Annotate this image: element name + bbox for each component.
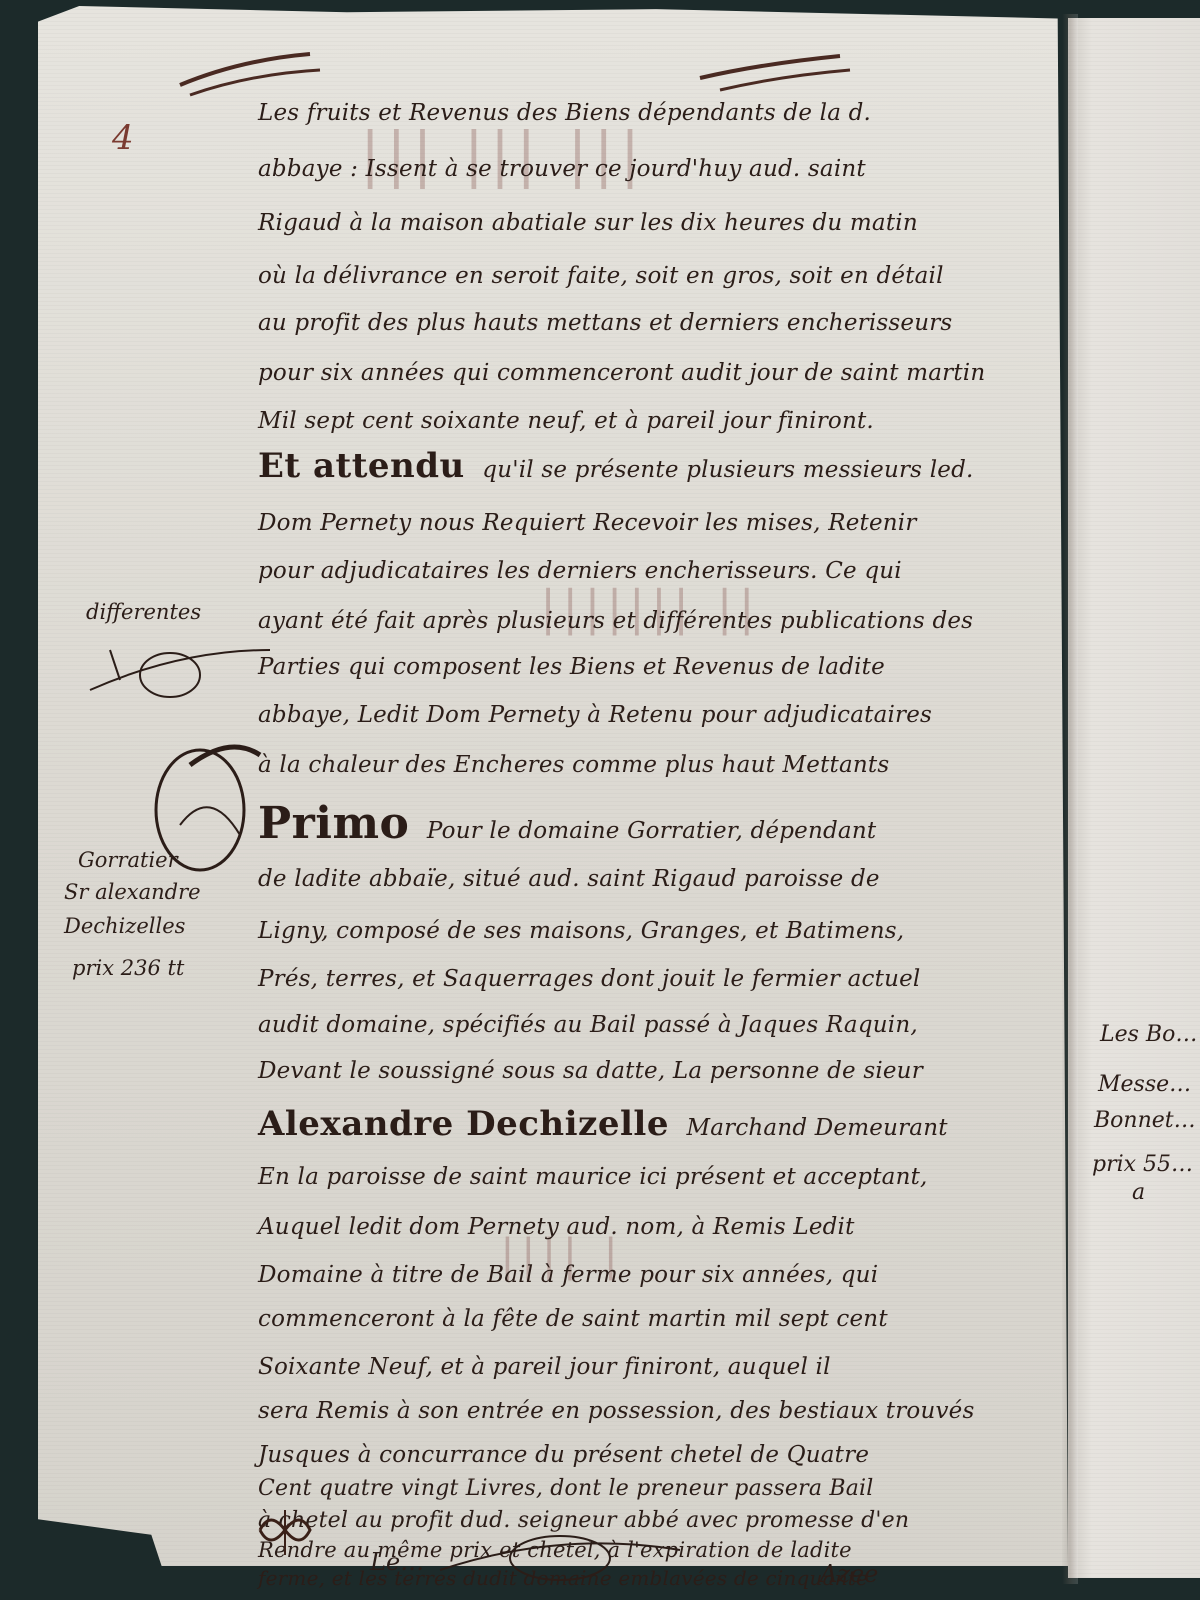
text-line: commenceront à la fête de saint martin m…: [258, 1306, 888, 1332]
text-line: Soixante Neuf, et à pareil jour finiront…: [258, 1354, 831, 1380]
signature-right: Azee: [820, 1560, 878, 1588]
right-page-edge: [1068, 18, 1200, 1578]
margin-note-line: Gorratier: [78, 848, 178, 872]
emphasized-heading: Primo: [258, 798, 409, 849]
text-line: Auquel ledit dom Pernety aud. nom, à Rem…: [258, 1214, 855, 1240]
folio-number: 4: [112, 118, 134, 158]
text-line: de ladite abbaïe, situé aud. saint Rigau…: [258, 866, 880, 892]
page-fold: [1062, 14, 1078, 1584]
emphasized-heading: Et attendu: [258, 446, 465, 486]
text-line: Les fruits et Revenus des Biens dépendan…: [258, 100, 871, 126]
paraph-knot-icon: [250, 1500, 320, 1560]
right-page-text: Les Bo…: [1100, 1022, 1197, 1047]
text-line: Et attendu qu'il se présente plusieurs m…: [258, 446, 974, 486]
text-line: Domaine à titre de Bail à ferme pour six…: [258, 1262, 878, 1288]
text-line: Dom Pernety nous Requiert Recevoir les m…: [258, 510, 917, 536]
text-line-rest: Pour le domaine Gorratier, dépendant: [427, 818, 876, 844]
text-line: En la paroisse de saint maurice ici prés…: [258, 1164, 928, 1190]
text-line: Cent quatre vingt Livres, dont le preneu…: [258, 1476, 873, 1501]
text-line: Jusques à concurrance du présent chetel …: [258, 1442, 869, 1468]
text-line: abbaye : Issent à se trouver ce jourd'hu…: [258, 156, 866, 182]
text-line: Ligny, composé de ses maisons, Granges, …: [258, 918, 904, 944]
text-line: à la chaleur des Encheres comme plus hau…: [258, 752, 889, 778]
text-line: sera Remis à son entrée en possession, d…: [258, 1398, 975, 1424]
signature-flourish-icon: [430, 1520, 690, 1590]
right-page-text: Messe…: [1098, 1072, 1191, 1097]
signature-center: Le…: [370, 1548, 424, 1576]
margin-note-line: Sr alexandre: [64, 880, 201, 904]
text-line-rest: Marchand Demeurant: [686, 1115, 947, 1141]
text-line: Mil sept cent soixante neuf, et à pareil…: [258, 408, 874, 434]
right-page-text: a: [1132, 1180, 1145, 1205]
text-line: ayant été fait après plusieurs et différ…: [258, 608, 973, 634]
text-line: pour six années qui commenceront audit j…: [258, 360, 985, 386]
text-line-rest: qu'il se présente plusieurs messieurs le…: [482, 457, 973, 483]
text-line: Parties qui composent les Biens et Reven…: [258, 654, 885, 680]
text-line: Rigaud à la maison abatiale sur les dix …: [258, 210, 918, 236]
text-line: audit domaine, spécifiés au Bail passé à…: [258, 1012, 918, 1038]
header-flourish-icon: [160, 40, 1060, 100]
text-line: abbaye, Ledit Dom Pernety à Retenu pour …: [258, 702, 932, 728]
emphasized-heading: Alexandre Dechizelle: [258, 1104, 669, 1144]
text-line: Primo Pour le domaine Gorratier, dépenda…: [258, 798, 876, 849]
text-line: Devant le soussigné sous sa datte, La pe…: [258, 1058, 923, 1084]
margin-note-differentes: differentes: [86, 600, 201, 624]
right-page-text: prix 55…: [1092, 1152, 1193, 1177]
margin-paraph-icon: [80, 630, 280, 710]
right-page-text: Bonnet…: [1094, 1108, 1196, 1133]
text-line: Alexandre Dechizelle Marchand Demeurant: [258, 1104, 948, 1144]
text-line: au profit des plus hauts mettans et dern…: [258, 310, 952, 336]
text-line: où la délivrance en seroit faite, soit e…: [258, 263, 944, 289]
text-line: Prés, terres, et Saquerrages dont jouit …: [258, 966, 920, 992]
margin-note-line: Dechizelles: [64, 914, 185, 938]
text-line: pour adjudicataires les derniers encheri…: [258, 558, 902, 584]
margin-note-price: prix 236 tt: [72, 956, 184, 980]
